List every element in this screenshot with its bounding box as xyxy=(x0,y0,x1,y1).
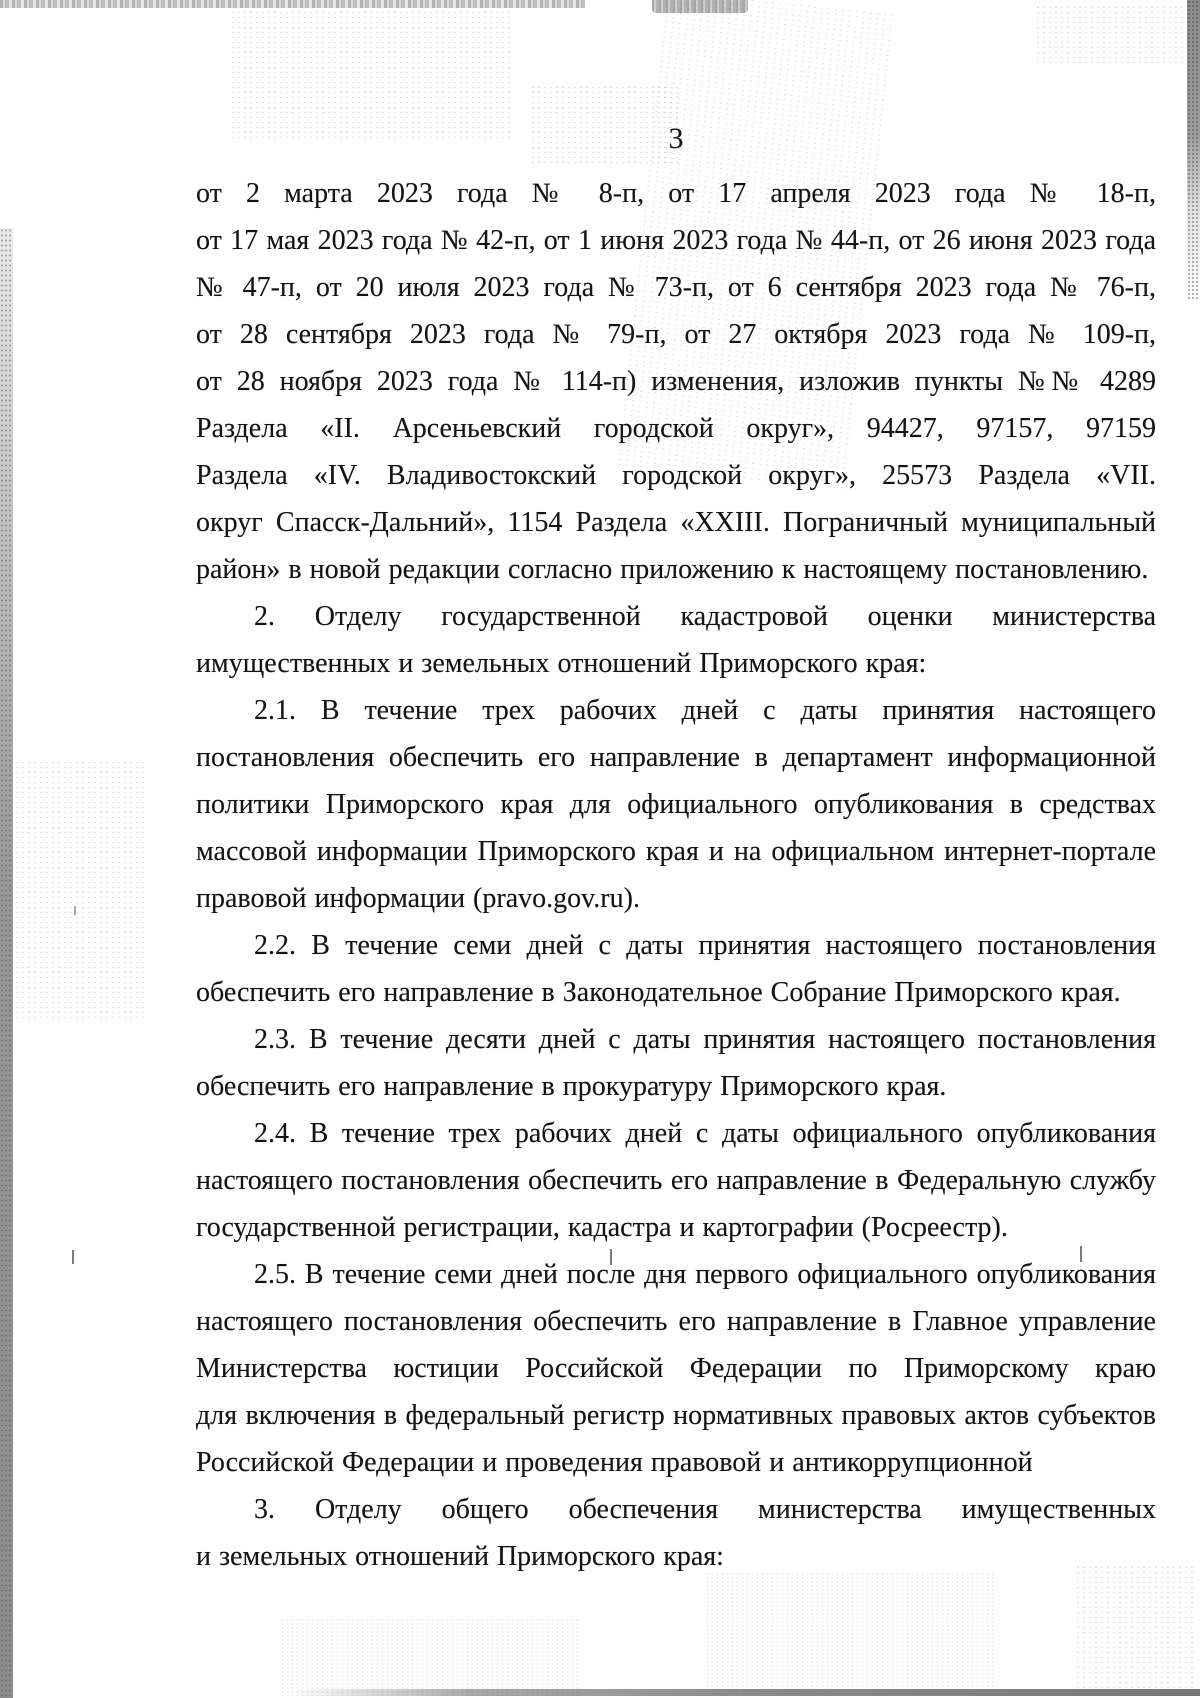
document-text-block: от 2 марта 2023 года № 8-п, от 17 апреля… xyxy=(196,170,1156,1580)
text-line: 2.5. В течение семи дней после дня перво… xyxy=(196,1251,1156,1298)
scan-edge-right xyxy=(1187,0,1200,300)
page-number: 3 xyxy=(196,120,1156,158)
text-line: Раздела «IV. Владивостокский городской о… xyxy=(196,452,1156,499)
text-line: массовой информации Приморского края и н… xyxy=(196,828,1156,875)
text-line: Раздела «II. Арсеньевский городской окру… xyxy=(196,405,1156,452)
scan-edge-top xyxy=(0,0,585,8)
text-line: политики Приморского края для официально… xyxy=(196,781,1156,828)
text-line: 2. Отделу государственной кадастровой оц… xyxy=(196,593,1156,640)
text-line: и земельных отношений Приморского края: xyxy=(196,1533,1156,1580)
text-line: настоящего постановления обеспечить его … xyxy=(196,1157,1156,1204)
text-line: правовой информации (pravo.gov.ru). xyxy=(196,875,1156,922)
text-line: район» в новой редакции согласно приложе… xyxy=(196,546,1156,593)
scan-edge-left xyxy=(0,228,13,1698)
text-line: Министерства юстиции Российской Федераци… xyxy=(196,1345,1156,1392)
scanned-document-page: 3 от 2 марта 2023 года № 8-п, от 17 апре… xyxy=(0,0,1200,1698)
text-line: 2.2. В течение семи дней с даты принятия… xyxy=(196,922,1156,969)
scan-noise xyxy=(14,760,144,1020)
text-line: № 47-п, от 20 июля 2023 года № 73-п, от … xyxy=(196,264,1156,311)
text-line: настоящего постановления обеспечить его … xyxy=(196,1298,1156,1345)
text-line: для включения в федеральный регистр норм… xyxy=(196,1392,1156,1439)
text-line: 2.3. В течение десяти дней с даты принят… xyxy=(196,1016,1156,1063)
scan-tick xyxy=(72,1250,74,1264)
text-line: от 17 мая 2023 года № 42-п, от 1 июня 20… xyxy=(196,217,1156,264)
scan-edge-bottom xyxy=(290,1689,1200,1696)
text-line: от 28 ноября 2023 года № 114-п) изменени… xyxy=(196,358,1156,405)
text-line: постановления обеспечить его направление… xyxy=(196,734,1156,781)
text-line: от 28 сентября 2023 года № 79-п, от 27 о… xyxy=(196,311,1156,358)
text-line: Российской Федерации и проведения правов… xyxy=(196,1439,1156,1486)
text-line: округ Спасск-Дальний», 1154 Раздела «XXI… xyxy=(196,499,1156,546)
scan-noise xyxy=(705,1572,995,1696)
text-line: 2.1. В течение трех рабочих дней с даты … xyxy=(196,687,1156,734)
scan-noise xyxy=(1075,1565,1197,1696)
scan-tick xyxy=(74,906,76,915)
text-line: имущественных и земельных отношений Прим… xyxy=(196,640,1156,687)
text-line: 2.4. В течение трех рабочих дней с даты … xyxy=(196,1110,1156,1157)
text-line: от 2 марта 2023 года № 8-п, от 17 апреля… xyxy=(196,170,1156,217)
text-line: государственной регистрации, кадастра и … xyxy=(196,1204,1156,1251)
text-line: обеспечить его направление в прокуратуру… xyxy=(196,1063,1156,1110)
scan-edge-top-blob xyxy=(652,0,748,13)
text-line: обеспечить его направление в Законодател… xyxy=(196,969,1156,1016)
scan-noise xyxy=(1035,5,1185,67)
scan-noise xyxy=(280,1618,580,1696)
text-line: 3. Отделу общего обеспечения министерств… xyxy=(196,1486,1156,1533)
